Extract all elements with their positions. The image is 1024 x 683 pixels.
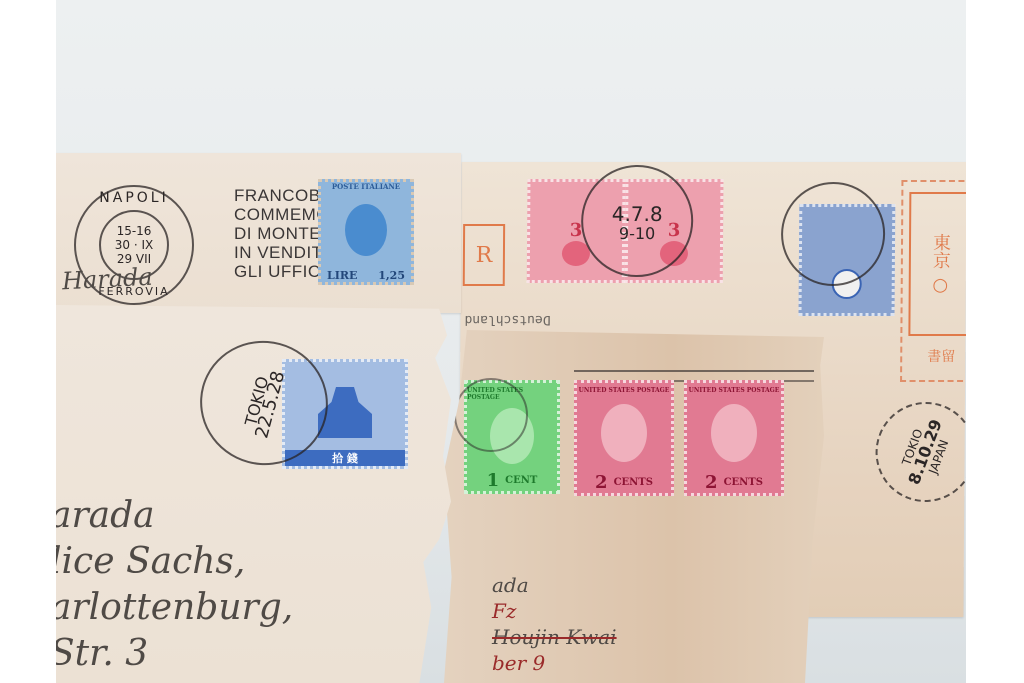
postmark-date: 30 · IX (115, 238, 153, 252)
address-line: lice Sachs, (56, 539, 293, 585)
registered-r-label: R (463, 224, 505, 286)
stamp-country: POSTE ITALIANE (332, 182, 400, 191)
address-line: Str. 3 (56, 631, 293, 677)
front-envelope: 拾 錢 TOKIO 22.5.28 arada lice Sachs, arlo… (56, 305, 451, 683)
us-postmark (454, 378, 528, 452)
stamp-country: UNITED STATES POSTAGE (579, 387, 670, 394)
handwritten-name: Harada (61, 263, 153, 296)
stamp-unit: CENTS (614, 477, 653, 488)
registration-label: 東京 ○ 書留 (900, 180, 966, 382)
handwritten-address: ada Fz Houjin Kwai ber 9 (492, 572, 617, 676)
envelope-photo: R 3 3 4.7.8 9-10 東京 ○ 書留 Deutschland TOK… (56, 0, 966, 683)
us-envelope: UNITED STATES POSTAGE 1 CENT UNITED STAT… (444, 330, 824, 683)
stamp-unit: CENT (505, 475, 537, 486)
address-line: Fz (492, 598, 617, 624)
stamp-value: 1,25 (378, 269, 405, 282)
address-line: ber 9 (492, 650, 617, 676)
registration-label-box: 東京 ○ (908, 192, 966, 336)
italy-envelope: NAPOLI 15-16 30 · IX 29 VII FERROVIA FRA… (56, 153, 461, 313)
us-stamp-2-cents-2: UNITED STATES POSTAGE 2 CENTS (684, 380, 784, 496)
address-line: ada (492, 572, 617, 598)
postmark-time: 15-16 (117, 224, 152, 238)
japan-postmark-2 (781, 182, 886, 286)
registration-label-footer: 書留 (927, 346, 955, 366)
washington-portrait-icon (711, 404, 757, 462)
stamp-unit: CENTS (724, 477, 763, 488)
stamp-value: 1 (487, 470, 500, 491)
stamp-value: 2 (595, 472, 608, 493)
typed-country: Deutschland (464, 312, 550, 327)
king-portrait-icon (345, 204, 387, 256)
tokio-japan-postmark: TOKIO 8.10.29 JAPAN (861, 388, 966, 516)
postmark-time: 9-10 (619, 227, 655, 241)
stamp-value: 2 (705, 472, 718, 493)
us-stamp-2-cents-1: UNITED STATES POSTAGE 2 CENTS (574, 380, 674, 496)
address-line: arada (56, 493, 293, 539)
italy-stamp: POSTE ITALIANE LIRE 1,25 (318, 179, 414, 285)
washington-portrait-icon (601, 404, 647, 462)
stamp-unit: LIRE (327, 269, 357, 282)
address-line: Houjin Kwai (492, 624, 617, 650)
postmark-city: NAPOLI (99, 191, 168, 205)
address-line: arlottenburg, (56, 585, 293, 631)
japan-postmark: 4.7.8 9-10 (581, 165, 694, 277)
handwritten-address: arada lice Sachs, arlottenburg, Str. 3 (56, 493, 293, 677)
stamp-country: UNITED STATES POSTAGE (689, 387, 780, 394)
